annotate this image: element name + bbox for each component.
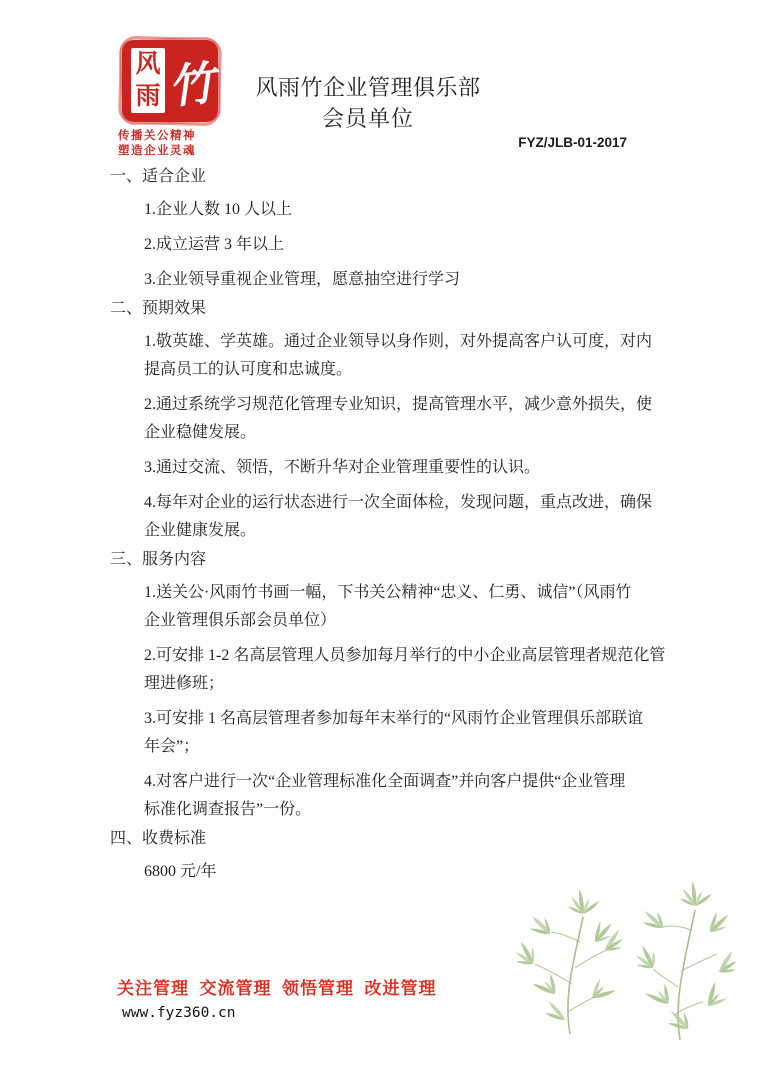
item-line: 3.通过交流、领悟，不断升华对企业管理重要性的认识。 [144,454,646,482]
list-item: 1.敬英雄、学英雄。通过企业领导以身作则，对外提高客户认可度，对内 提高员工的认… [144,328,646,384]
list-item: 3.可安排 1 名高层管理者参加每年末举行的“风雨竹企业管理俱乐部联谊 年会”； [144,705,646,761]
title-block: 风雨竹企业管理俱乐部 会员单位 [0,71,736,134]
item-line: 2.可安排 1-2 名高层管理人员参加每月举行的中小企业高层管理者规范化管 [144,642,646,670]
section-suitable-enterprises: 一、适合企业 1.企业人数 10 人以上 2.成立运营 3 年以上 3.企业领导… [110,163,646,294]
seal-char-zhu: 竹 [162,44,219,121]
fengyuzhu-seal-icon: 风 雨 竹 [122,40,218,122]
item-line: 1.敬英雄、学英雄。通过企业领导以身作则，对外提高客户认可度，对内 [144,328,646,356]
seal-left-panel: 风 雨 [131,48,165,113]
document-page: 风 雨 竹 传播关公精神 塑造企业灵魂 风雨竹企业管理俱乐部 会员单位 FYZ/… [0,0,760,1075]
item-line: 2.通过系统学习规范化管理专业知识，提高管理水平，减少意外损失，使 [144,391,646,419]
list-item: 2.可安排 1-2 名高层管理人员参加每月举行的中小企业高层管理者规范化管 理进… [144,642,646,698]
list-item: 3.通过交流、领悟，不断升华对企业管理重要性的认识。 [144,454,646,482]
item-line: 1.企业人数 10 人以上 [144,196,646,224]
footer: 关注管理 交流管理 领悟管理 改进管理 www.fyz360.cn [117,976,437,1024]
seal-char-yu: 雨 [135,83,160,110]
item-line: 理进修班； [144,670,646,698]
item-line: 企业健康发展。 [144,517,646,545]
footer-slogan: 关注管理 交流管理 领悟管理 改进管理 [117,976,437,1002]
item-line: 3.可安排 1 名高层管理者参加每年末举行的“风雨竹企业管理俱乐部联谊 [144,705,646,733]
list-item: 2.通过系统学习规范化管理专业知识，提高管理水平，减少意外损失，使 企业稳健发展… [144,391,646,447]
page-title: 风雨竹企业管理俱乐部 [0,71,736,104]
page-subtitle: 会员单位 [0,104,736,134]
document-body: 一、适合企业 1.企业人数 10 人以上 2.成立运营 3 年以上 3.企业领导… [110,163,646,893]
item-line: 企业稳健发展。 [144,419,646,447]
section-heading: 三、服务内容 [110,546,646,574]
item-line: 提高员工的认可度和忠诚度。 [144,356,646,384]
doc-code: FYZ/JLB-01-2017 [0,135,627,150]
section-heading: 四、收费标准 [110,825,646,853]
item-line: 4.每年对企业的运行状态进行一次全面体检，发现问题，重点改进，确保 [144,489,646,517]
section-expected-results: 二、预期效果 1.敬英雄、学英雄。通过企业领导以身作则，对外提高客户认可度，对内… [110,295,646,545]
list-item: 1.企业人数 10 人以上 [144,196,646,224]
list-item: 4.对客户进行一次“企业管理标准化全面调查”并向客户提供“企业管理 标准化调查报… [144,768,646,824]
section-heading: 二、预期效果 [110,295,646,323]
list-item: 1.送关公·风雨竹书画一幅，下书关公精神“忠义、仁勇、诚信”（风雨竹 企业管理俱… [144,579,646,635]
item-line: 1.送关公·风雨竹书画一幅，下书关公精神“忠义、仁勇、诚信”（风雨竹 [144,579,646,607]
item-line: 企业管理俱乐部会员单位） [144,607,646,635]
item-line: 2.成立运营 3 年以上 [144,231,646,259]
website-url: www.fyz360.cn [117,1002,437,1024]
item-line: 年会”； [144,733,646,761]
item-line: 标准化调查报告”一份。 [144,796,646,824]
list-item: 3.企业领导重视企业管理，愿意抽空进行学习 [144,266,646,294]
list-item: 4.每年对企业的运行状态进行一次全面体检，发现问题，重点改进，确保 企业健康发展… [144,489,646,545]
bamboo-illustration [495,872,760,1042]
list-item: 2.成立运营 3 年以上 [144,231,646,259]
seal-char-feng: 风 [135,51,160,78]
item-line: 4.对客户进行一次“企业管理标准化全面调查”并向客户提供“企业管理 [144,768,646,796]
item-line: 3.企业领导重视企业管理，愿意抽空进行学习 [144,266,646,294]
section-service-content: 三、服务内容 1.送关公·风雨竹书画一幅，下书关公精神“忠义、仁勇、诚信”（风雨… [110,546,646,824]
section-heading: 一、适合企业 [110,163,646,191]
